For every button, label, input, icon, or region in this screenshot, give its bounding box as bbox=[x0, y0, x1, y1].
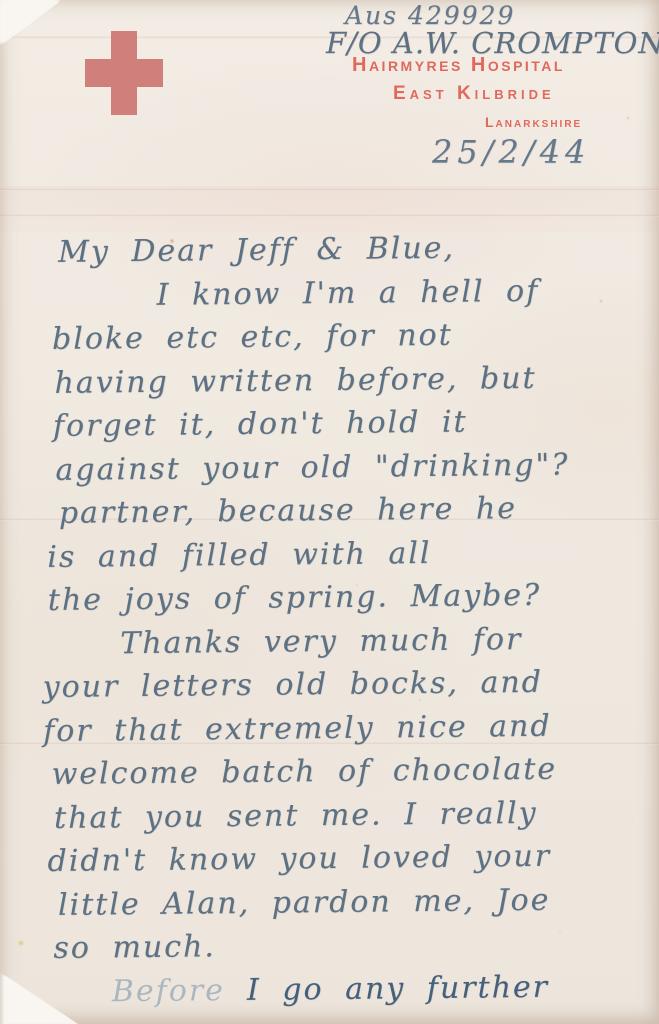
letter-line: the joys of spring. Maybe? bbox=[0, 573, 659, 623]
letter-date: 25/2/44 bbox=[432, 133, 590, 171]
letter-line: for that extremely nice and bbox=[1, 703, 659, 753]
letter-line: against your old "drinking"? bbox=[0, 442, 658, 492]
salutation: My Dear Jeff & Blue, bbox=[0, 225, 655, 275]
hospital-town: East Kilbride bbox=[393, 83, 555, 105]
letter-body: My Dear Jeff & Blue, I know I'm a hell o… bbox=[0, 225, 659, 1015]
letter-scan: Aus 429929 F/O A.W. CROMPTON Hairmyres H… bbox=[0, 0, 659, 1024]
hospital-county: Lanarkshire bbox=[485, 114, 582, 130]
letter-line: I know I'm a hell of bbox=[0, 268, 656, 318]
letter-line-segment: I go any further bbox=[247, 969, 549, 1007]
letter-line: so much. bbox=[3, 921, 659, 971]
letter-line: forget it, don't hold it bbox=[0, 399, 657, 449]
faded-word: Before bbox=[112, 973, 225, 1009]
letter-line: having written before, but bbox=[0, 355, 657, 405]
letter-line: didn't know you loved your bbox=[2, 834, 659, 884]
letter-line: welcome batch of chocolate bbox=[1, 747, 659, 797]
letter-line: bloke etc etc, for not bbox=[0, 312, 656, 362]
letter-line: is and filled with all bbox=[0, 529, 659, 579]
red-cross-icon bbox=[85, 31, 163, 115]
letter-line: that you sent me. I really bbox=[2, 790, 659, 840]
hospital-name: Hairmyres Hospital bbox=[352, 54, 565, 77]
letter-line: BeforeI go any further bbox=[4, 964, 659, 1014]
letter-line: partner, because here he bbox=[0, 486, 658, 536]
letter-line: your letters old bocks, and bbox=[0, 660, 659, 710]
letter-line: Thanks very much for bbox=[0, 616, 659, 666]
red-cross-horizontal-bar bbox=[85, 59, 163, 88]
letter-line: little Alan, pardon me, Joe bbox=[3, 877, 659, 927]
torn-corner-top-left bbox=[0, 0, 62, 46]
